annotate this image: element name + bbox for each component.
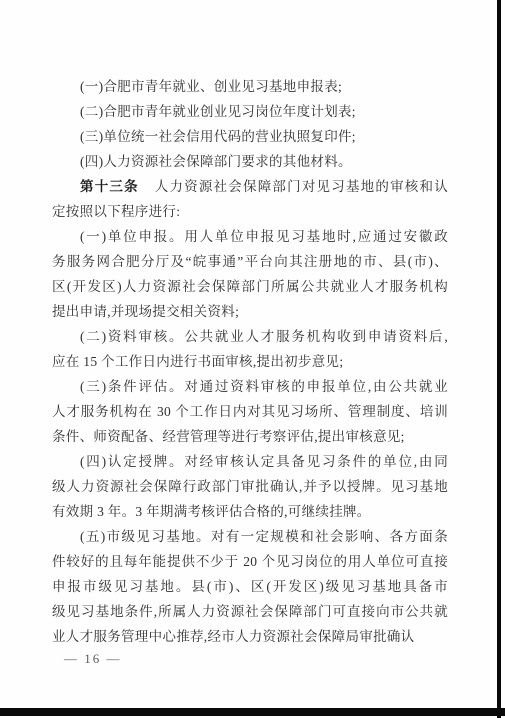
document-line: 件较好的且每年能提供不少于 20 个见习岗位的用人单位可直接 bbox=[52, 549, 448, 574]
document-line: 级人力资源社会保障行政部门审批确认,并予以授牌。见习基地 bbox=[52, 474, 448, 499]
document-body: (一)合肥市青年就业、创业见习基地申报表; (二)合肥市青年就业创业见习岗位年度… bbox=[52, 74, 448, 649]
document-line: 区(开发区)人力资源社会保障部门所属公共就业人才服务机构 bbox=[52, 274, 448, 299]
scan-edge-right bbox=[497, 0, 501, 718]
scan-edge-bottom bbox=[0, 708, 505, 716]
document-line: (一)单位申报。用人单位申报见习基地时,应通过安徽政 bbox=[52, 224, 448, 249]
document-line: 应在 15 个工作日内进行书面审核,提出初步意见; bbox=[52, 349, 448, 374]
document-line: (五)市级见习基地。对有一定规模和社会影响、各方面条 bbox=[52, 524, 448, 549]
list-item-line: (二)合肥市青年就业创业见习岗位年度计划表; bbox=[52, 99, 448, 124]
article-heading-text: 人力资源社会保障部门对见习基地的审核和认 bbox=[154, 179, 448, 194]
document-line: 人才服务机构在 30 个工作日内对其见习场所、管理制度、培训 bbox=[52, 399, 448, 424]
document-line: 申报市级见习基地。县(市)、区(开发区)级见习基地具备市 bbox=[52, 574, 448, 599]
document-line: 定按照以下程序进行: bbox=[52, 199, 448, 224]
document-line: 业人才服务管理中心推荐,经市人力资源社会保障局审批确认 bbox=[52, 624, 448, 649]
document-line: 提出申请,并现场提交相关资料; bbox=[52, 299, 448, 324]
list-item-line: (一)合肥市青年就业、创业见习基地申报表; bbox=[52, 74, 448, 99]
page-number: — 16 — bbox=[64, 651, 122, 667]
article-heading-line: 第十三条人力资源社会保障部门对见习基地的审核和认 bbox=[52, 174, 448, 199]
document-line: 条件、师资配备、经营管理等进行考察评估,提出审核意见; bbox=[52, 424, 448, 449]
list-item-line: (三)单位统一社会信用代码的营业执照复印件; bbox=[52, 124, 448, 149]
document-line: 务服务网合肥分厅及“皖事通”平台向其注册地的市、县(市)、 bbox=[52, 249, 448, 274]
article-number-label: 第十三条 bbox=[80, 179, 139, 194]
document-line: (四)认定授牌。对经审核认定具备见习条件的单位,由同 bbox=[52, 449, 448, 474]
document-line: (三)条件评估。对通过资料审核的申报单位,由公共就业 bbox=[52, 374, 448, 399]
document-line: 有效期 3 年。3 年期满考核评估合格的,可继续挂牌。 bbox=[52, 499, 448, 524]
document-line: (二)资料审核。公共就业人才服务机构收到申请资料后, bbox=[52, 324, 448, 349]
scanned-document-page: (一)合肥市青年就业、创业见习基地申报表; (二)合肥市青年就业创业见习岗位年度… bbox=[0, 0, 505, 718]
document-line: 级见习基地条件,所属人力资源社会保障部门可直接向市公共就 bbox=[52, 599, 448, 624]
list-item-line: (四)人力资源社会保障部门要求的其他材料。 bbox=[52, 149, 448, 174]
